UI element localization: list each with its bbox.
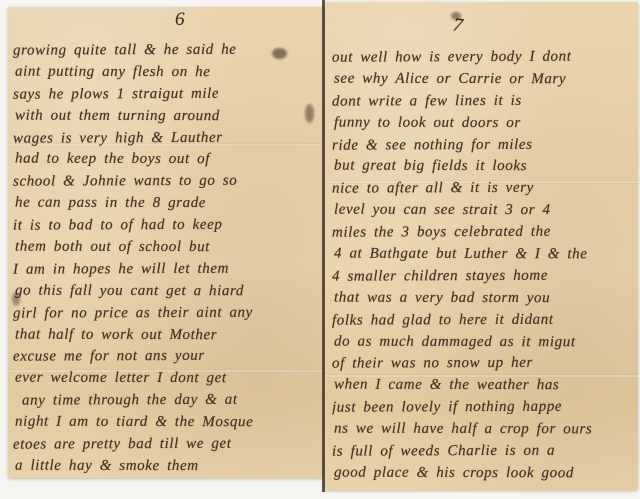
text-line: with out them turning around: [15, 105, 322, 128]
text-line: ever welcome letter I dont get: [15, 368, 322, 391]
text-line: do as much dammaged as it migut: [334, 331, 636, 354]
text-line: growing quite tall & he said he: [13, 40, 322, 63]
text-line: says he plows 1 straigut mile: [13, 83, 322, 106]
handwritten-text-page-6: growing quite tall & he said he aint put…: [13, 40, 322, 478]
text-line: 4 smaller children stayes home: [332, 265, 636, 288]
text-line: out well how is every body I dont: [332, 47, 636, 70]
letter-page-6: 6 growing quite tall & he said he aint p…: [8, 7, 324, 478]
text-line: of their was no snow up her: [332, 353, 636, 376]
text-line: just been lovely if nothing happe: [332, 397, 636, 420]
text-line: it is to bad to of had to keep: [13, 214, 322, 237]
text-line: 4 at Bathgate but Luther & I & the: [334, 244, 636, 267]
letter-scan: 6 growing quite tall & he said he aint p…: [0, 0, 640, 499]
text-line: funny to look out doors or: [334, 112, 636, 135]
text-line: when I came & the weather has: [334, 375, 636, 398]
page-number: 6: [175, 9, 185, 31]
text-line: girl for no price as their aint any: [13, 302, 322, 325]
text-line: go this fall you cant get a hiard: [15, 280, 322, 303]
text-line: any time through the day & at: [22, 390, 322, 413]
text-line: level you can see strait 3 or 4: [334, 200, 636, 223]
text-line: that was a very bad storm you: [334, 287, 636, 310]
text-line: ns we will have half a crop for ours: [334, 419, 636, 442]
text-line: school & Johnie wants to go so: [13, 171, 322, 194]
text-line: I am in hopes he will let them: [13, 258, 322, 281]
letter-page-7: 7 out well how is every body I dont see …: [325, 2, 638, 490]
text-line: good place & his crops look good: [334, 463, 636, 486]
text-line: etoes are pretty bad till we get: [13, 433, 322, 456]
text-line: wages is very high & Lauther: [13, 127, 322, 150]
text-line: aint putting any flesh on he: [15, 61, 322, 84]
text-line: he can pass in the 8 grade: [15, 193, 322, 216]
text-line: night I am to tiard & the Mosque: [15, 412, 322, 435]
page-number: 7: [452, 14, 464, 37]
text-line: miles the 3 boys celebrated the: [332, 221, 636, 244]
text-line: but great big fields it looks: [334, 156, 636, 179]
text-line: a little hay & smoke them: [15, 456, 322, 478]
handwritten-text-page-7: out well how is every body I dont see wh…: [332, 47, 636, 487]
text-line: had to keep the boys out of: [15, 149, 322, 172]
text-line: excuse me for not ans your: [13, 346, 322, 369]
text-line: nice to after all & it is very: [332, 178, 636, 201]
text-line: folks had glad to here it didant: [332, 309, 636, 332]
text-line: that half to work out Mother: [15, 324, 322, 347]
text-line: dont write a few lines it is: [332, 90, 636, 113]
text-line: them both out of school but: [15, 237, 322, 260]
text-line: is full of weeds Charlie is on a: [332, 440, 636, 463]
text-line: ride & see nothing for miles: [332, 134, 636, 157]
text-line: see why Alice or Carrie or Mary: [334, 68, 636, 91]
